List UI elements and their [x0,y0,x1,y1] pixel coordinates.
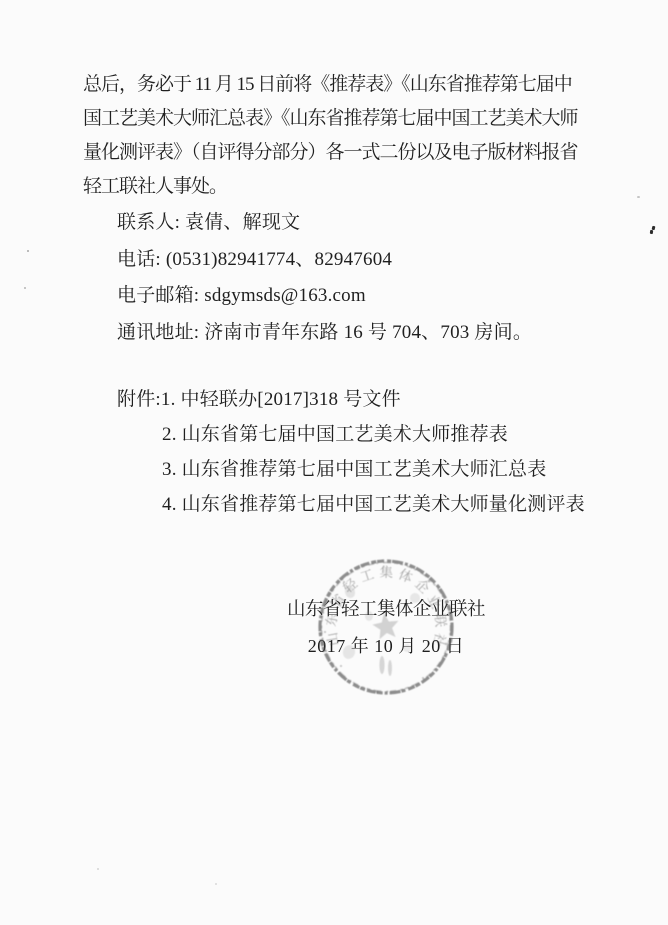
contact-block: 联系人: 袁倩、解现文 电话: (0531)82941774、82947604 … [117,205,532,351]
contact-phone-label: 电话: [117,249,166,270]
attachment-item-3: 3. 山东省推荐第七届中国工艺美术大师汇总表 [162,452,585,487]
paragraph-line-3: 量化测评表》（自评得分部分）各一式二份以及电子版材料报省 [83,136,589,170]
document-page: 总后，务必于 11 月 15 日前将《推荐表》《山东省推荐第七届中 国工艺美术大… [0,0,668,925]
scan-artifact [97,868,99,870]
signature-block: 山东省轻工集体企业联社 2017 年 10 月 20 日 [266,600,506,656]
contact-person-line: 联系人: 袁倩、解现文 [117,205,532,242]
attachments-label: 附件: [117,389,161,410]
body-paragraph: 总后，务必于 11 月 15 日前将《推荐表》《山东省推荐第七届中 国工艺美术大… [83,68,589,204]
contact-address-label: 通讯地址: [117,322,204,343]
paragraph-line-1: 总后，务必于 11 月 15 日前将《推荐表》《山东省推荐第七届中 [83,68,589,102]
scan-artifact [24,287,26,289]
scan-artifact [215,883,217,885]
contact-phone-line: 电话: (0531)82941774、82947604 [117,242,532,279]
contact-address-line: 通讯地址: 济南市青年东路 16 号 704、703 房间。 [117,315,532,352]
contact-phone-value: (0531)82941774、82947604 [166,249,392,270]
attachment-item-2: 2. 山东省第七届中国工艺美术大师推荐表 [162,417,585,452]
scan-artifact [650,230,654,234]
signature-organization: 山东省轻工集体企业联社 [266,600,506,620]
attachment-item-4: 4. 山东省推荐第七届中国工艺美术大师量化测评表 [162,487,585,522]
scan-artifact [637,196,640,198]
attachment-line-1: 附件:1. 中轻联办[2017]318 号文件 [117,382,585,417]
paragraph-line-4: 轻工联社人事处。 [83,170,589,204]
contact-address-value: 济南市青年东路 16 号 704、703 房间。 [204,322,532,343]
contact-email-value: sdgymsds@163.com [204,285,366,306]
attachment-item-1: 1. 中轻联办[2017]318 号文件 [161,389,401,410]
paragraph-line-2: 国工艺美术大师汇总表》《山东省推荐第七届中国工艺美术大师 [83,102,589,136]
contact-email-label: 电子邮箱: [117,285,204,306]
scan-artifact [27,250,29,252]
contact-person-label: 联系人: [117,212,185,233]
contact-person-value: 袁倩、解现文 [185,212,300,233]
attachments-block: 附件:1. 中轻联办[2017]318 号文件 2. 山东省第七届中国工艺美术大… [117,382,585,522]
signature-date: 2017 年 10 月 20 日 [266,637,506,656]
contact-email-line: 电子邮箱: sdgymsds@163.com [117,278,532,315]
